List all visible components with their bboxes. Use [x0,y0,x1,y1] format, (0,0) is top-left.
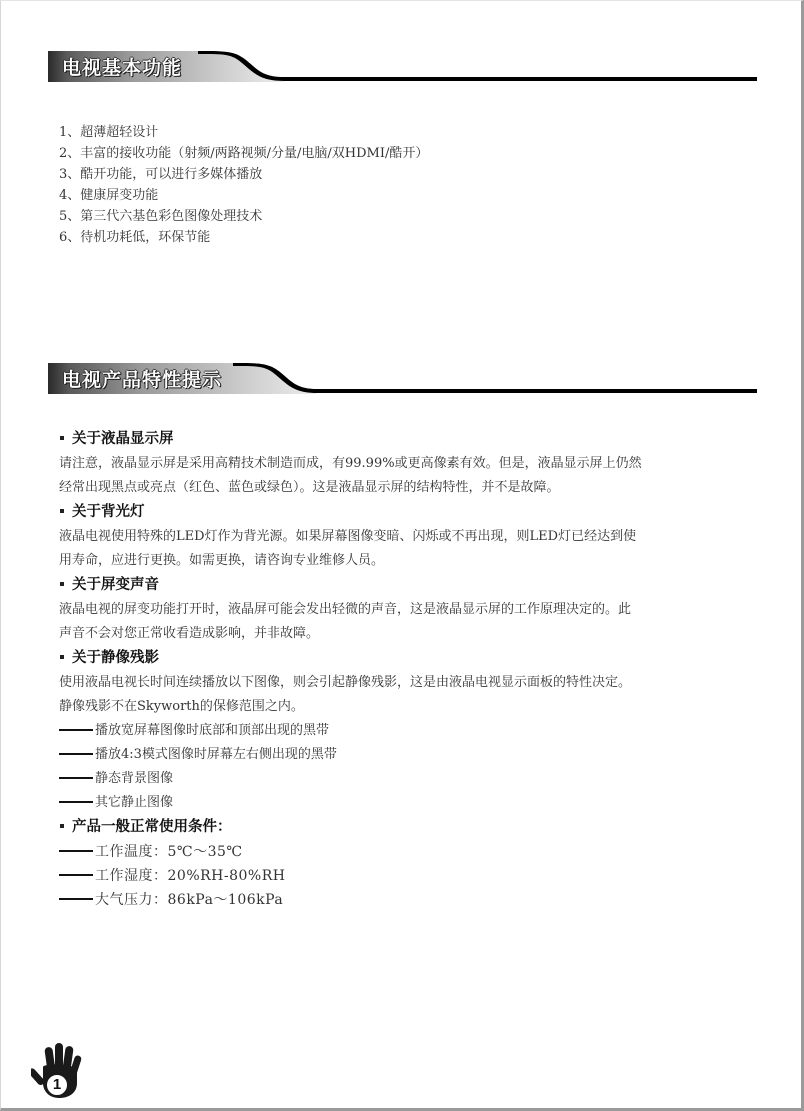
condition-item: 大气压力：86kPa～106kPa [59,888,771,912]
note-heading: 关于静像残影 [59,646,771,671]
note-heading-text: 关于背光灯 [72,504,145,520]
note-text: 声音不会对您正常收看造成影响，并非故障。 [59,622,771,646]
dash-item-text: 播放宽屏幕图像时底部和顶部出现的黑带 [95,723,329,738]
dash-item: 播放宽屏幕图像时底部和顶部出现的黑带 [59,719,771,743]
feature-list: 1、超薄超轻设计 2、丰富的接收功能（射频/两路视频/分量/电脑/双HDMI/酷… [59,122,428,248]
dash-icon [59,898,93,900]
section-title: 电视产品特性提示 [62,365,222,392]
conditions-heading-text: 产品一般正常使用条件： [72,819,232,835]
condition-text: 工作温度：5℃～35℃ [95,844,243,860]
list-item: 4、健康屏变功能 [59,185,428,206]
page-number: 1 [51,1076,63,1093]
list-item: 6、待机功耗低，环保节能 [59,227,428,248]
note-text: 使用液晶电视长时间连续播放以下图像，则会引起静像残影，这是由液晶电视显示面板的特… [59,671,771,695]
dash-item: 静态背景图像 [59,767,771,791]
bullet-icon [60,655,64,659]
product-notes: 关于液晶显示屏 请注意，液晶显示屏是采用高精技术制造而成，有99.99%或更高像… [59,427,771,912]
list-item: 5、第三代六基色彩色图像处理技术 [59,206,428,227]
list-item: 2、丰富的接收功能（射频/两路视频/分量/电脑/双HDMI/酷开） [59,143,428,164]
condition-item: 工作湿度：20%RH-80%RH [59,864,771,888]
note-heading-text: 关于液晶显示屏 [72,431,174,447]
note-text: 液晶电视的屏变功能打开时，液晶屏可能会发出轻微的声音，这是液晶显示屏的工作原理决… [59,598,771,622]
conditions-heading: 产品一般正常使用条件： [59,815,771,840]
dash-item-text: 播放4:3模式图像时屏幕左右侧出现的黑带 [95,747,337,762]
list-item: 3、酷开功能，可以进行多媒体播放 [59,164,428,185]
note-heading-text: 关于静像残影 [72,650,159,666]
bullet-icon [60,824,64,828]
condition-item: 工作温度：5℃～35℃ [59,840,771,864]
section-header-product-notes: 电视产品特性提示 [48,360,760,396]
bullet-icon [60,582,64,586]
dash-icon [59,777,93,779]
note-heading-text: 关于屏变声音 [72,577,159,593]
note-heading: 关于液晶显示屏 [59,427,771,452]
bullet-icon [60,436,64,440]
condition-text: 大气压力：86kPa～106kPa [95,892,283,908]
note-heading: 关于背光灯 [59,500,771,525]
page-number-badge: 1 [31,1041,87,1101]
note-text: 用寿命，应进行更换。如需更换，请咨询专业维修人员。 [59,549,771,573]
note-text: 经常出现黑点或亮点（红色、蓝色或绿色）。这是液晶显示屏的结构特性，并不是故障。 [59,476,771,500]
section-header-basic-functions: 电视基本功能 [48,48,760,84]
section-title: 电视基本功能 [62,53,182,80]
condition-text: 工作湿度：20%RH-80%RH [95,868,285,884]
dash-icon [59,850,93,852]
dash-item: 播放4:3模式图像时屏幕左右侧出现的黑带 [59,743,771,767]
bullet-icon [60,509,64,513]
note-text: 请注意，液晶显示屏是采用高精技术制造而成，有99.99%或更高像素有效。但是，液… [59,452,771,476]
list-item: 1、超薄超轻设计 [59,122,428,143]
dash-item-text: 其它静止图像 [95,795,173,810]
dash-icon [59,729,93,731]
dash-icon [59,801,93,803]
note-heading: 关于屏变声音 [59,573,771,598]
note-text: 液晶电视使用特殊的LED灯作为背光源。如果屏幕图像变暗、闪烁或不再出现，则LED… [59,525,771,549]
dash-icon [59,753,93,755]
dash-item: 其它静止图像 [59,791,771,815]
manual-page: 电视基本功能 1、超薄超轻设计 2、丰富的接收功能（射频/两路视频/分量/电脑/… [0,0,804,1111]
dash-item-text: 静态背景图像 [95,771,173,786]
note-text: 静像残影不在Skyworth的保修范围之内。 [59,695,771,719]
dash-icon [59,874,93,876]
